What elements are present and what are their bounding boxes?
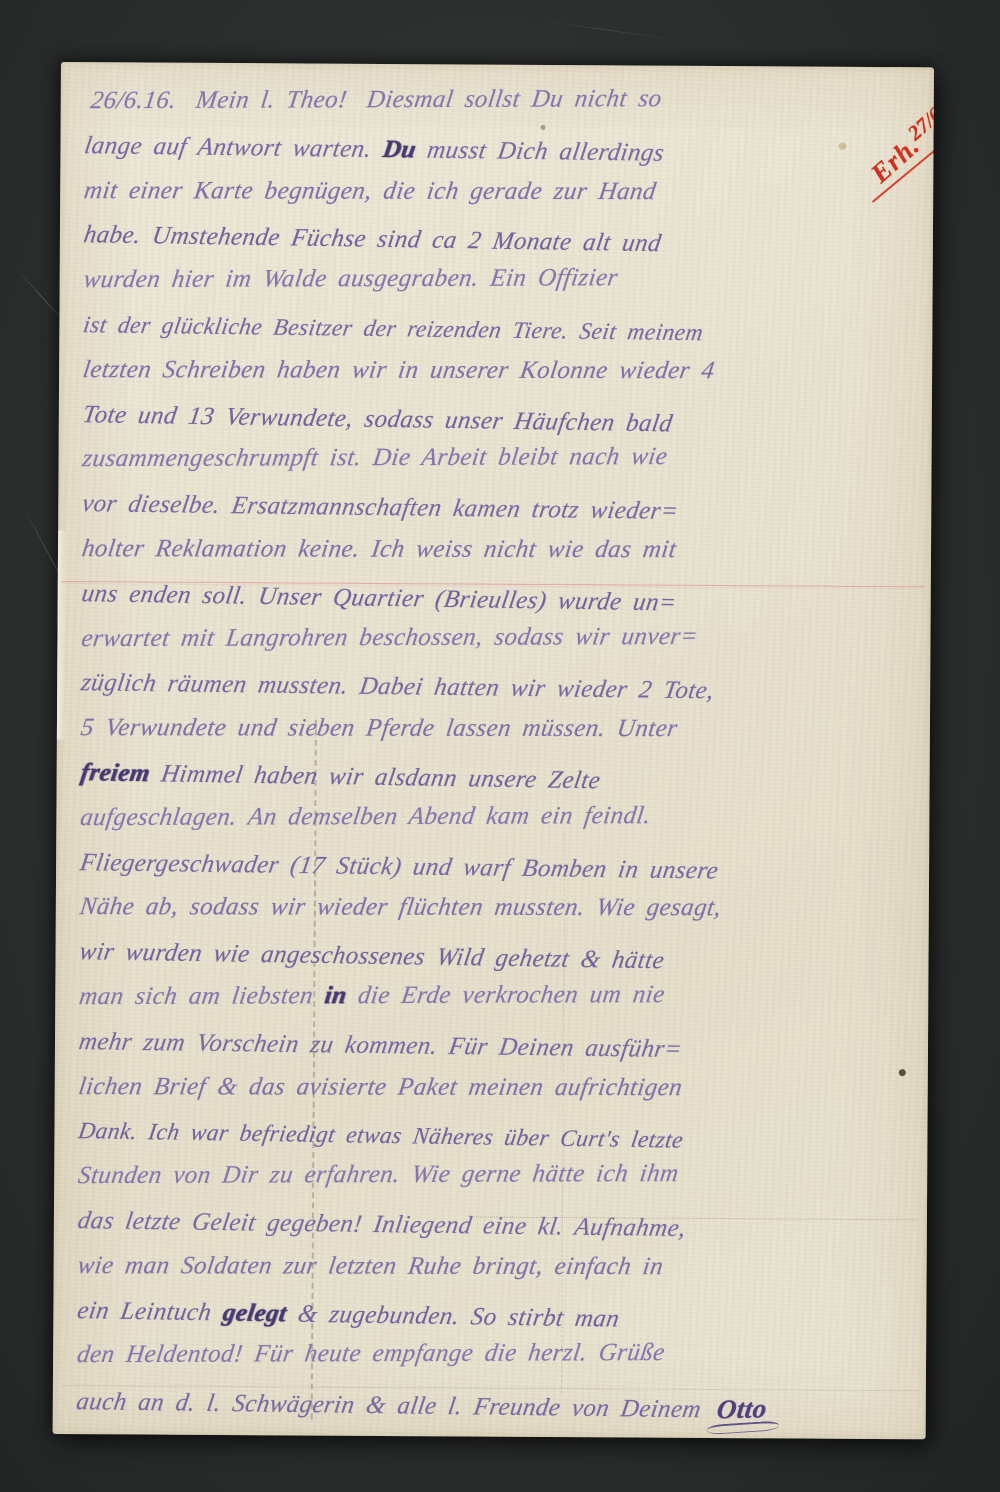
line-text: & zugebunden. So stirbt man bbox=[284, 1300, 621, 1332]
letter-line: 26/6.16.Mein l. Theo!Diesmal sollst Du n… bbox=[88, 76, 920, 124]
line-text: die Erde verkrochen um nie bbox=[345, 981, 667, 1009]
letter-line: zusammengeschrumpft ist. Die Arbeit blei… bbox=[80, 435, 918, 483]
line-text: uns enden soll. Unser Quartier (Brieulle… bbox=[80, 580, 679, 616]
letter-date: 26/6.16. bbox=[89, 87, 178, 114]
line-text: auch an d. l. Schwägerin & alle l. Freun… bbox=[75, 1388, 704, 1423]
letter-line: auch an d. l. Schwägerin & alle l. Freun… bbox=[73, 1378, 910, 1434]
line-text: 5 Verwundete und sieben Pferde lassen mü… bbox=[79, 714, 679, 742]
line-text: holter Reklamation keine. Ich weiss nich… bbox=[80, 535, 678, 563]
line-text: Dank. Ich war befriedigt etwas Näheres ü… bbox=[76, 1118, 685, 1153]
line-text: wurden hier im Walde ausgegraben. Ein Of… bbox=[82, 264, 620, 293]
letter-line: wurden hier im Walde ausgegraben. Ein Of… bbox=[81, 255, 919, 303]
letter-line: 5 Verwundete und sieben Pferde lassen mü… bbox=[78, 706, 916, 752]
line-text: zusammengeschrumpft ist. Die Arbeit blei… bbox=[81, 443, 669, 472]
letter-line: man sich am liebsten in die Erde verkroc… bbox=[76, 972, 914, 1020]
overwritten-word: gelegt bbox=[221, 1299, 289, 1327]
letter-line: Stunden von Dir zu erfahren. Wie gerne h… bbox=[75, 1151, 913, 1199]
line-text: wie man Soldaten zur letzten Ruhe bringt… bbox=[76, 1252, 665, 1280]
letter-line: wie man Soldaten zur letzten Ruhe bringt… bbox=[74, 1244, 912, 1290]
letter-body: 26/6.16.Mein l. Theo!Diesmal sollst Du n… bbox=[77, 79, 916, 1428]
line-text: Stunden von Dir zu erfahren. Wie gerne h… bbox=[76, 1160, 680, 1189]
line-text: wir wurden wie angeschossenes Wild gehet… bbox=[78, 938, 667, 974]
line-text: Nähe ab, sodass wir wieder flüchten muss… bbox=[78, 893, 723, 921]
line-text: musst Dich allerdings bbox=[414, 136, 666, 166]
line-text: ein Leintuch bbox=[75, 1297, 225, 1326]
line-text: Diesmal sollst Du nicht so bbox=[365, 85, 663, 113]
line-text: lichen Brief & das avisierte Paket meine… bbox=[77, 1073, 684, 1101]
overwritten-word: freiem bbox=[79, 759, 152, 787]
line-text: das letzte Geleit gegeben! Inliegend ein… bbox=[76, 1207, 688, 1242]
letter-salutation: Mein l. Theo! bbox=[194, 86, 348, 114]
photo-background: Erh.27/6 26/6.16.Mein l. Theo!Diesmal so… bbox=[0, 0, 1000, 1492]
line-text: Fliegergeschwader (17 Stück) und warf Bo… bbox=[78, 849, 720, 884]
line-text: Himmel haben wir alsdann unsere Zelte bbox=[148, 760, 603, 794]
line-text: aufgeschlagen. An demselben Abend kam ei… bbox=[79, 802, 653, 831]
line-text: mit einer Karte begnügen, die ich gerade… bbox=[82, 177, 658, 205]
overwritten-word: Du bbox=[381, 136, 418, 163]
signature: Otto bbox=[714, 1386, 769, 1432]
line-text: erwartet mit Langrohren beschossen, soda… bbox=[80, 623, 700, 652]
line-text: man sich am liebsten bbox=[78, 982, 327, 1010]
background-scratch bbox=[541, 20, 680, 40]
line-text: Tote und 13 Verwundete, sodass unser Häu… bbox=[81, 401, 675, 437]
line-text: habe. Umstehende Füchse sind ca 2 Monate… bbox=[82, 222, 663, 258]
paper-edge-wear bbox=[55, 530, 67, 740]
letter-line: holter Reklamation keine. Ich weiss nich… bbox=[79, 527, 917, 573]
line-text: vor dieselbe. Ersatzmannschaften kamen t… bbox=[80, 490, 680, 525]
letter-line: aufgeschlagen. An demselben Abend kam ei… bbox=[77, 793, 915, 841]
line-text: lange auf Antwort warten. bbox=[83, 132, 386, 163]
letter-line: erwartet mit Langrohren beschossen, soda… bbox=[78, 614, 916, 662]
line-text: ist der glückliche Besitzer der reizende… bbox=[81, 312, 705, 346]
letter-line: letzten Schreiben haben wir in unserer K… bbox=[80, 348, 918, 394]
letter-line: lichen Brief & das avisierte Paket meine… bbox=[76, 1065, 914, 1111]
letter-paper: Erh.27/6 26/6.16.Mein l. Theo!Diesmal so… bbox=[53, 62, 934, 1439]
line-text: letzten Schreiben haben wir in unserer K… bbox=[81, 356, 716, 384]
line-text: mehr zum Vorschein zu kommen. Für Deinen… bbox=[77, 1028, 684, 1063]
letter-line: Nähe ab, sodass wir wieder flüchten muss… bbox=[77, 885, 915, 931]
line-text: züglich räumen mussten. Dabei hatten wir… bbox=[79, 670, 716, 705]
line-text: den Heldentod! Für heute empfange die he… bbox=[75, 1339, 666, 1368]
signature-name: Otto bbox=[715, 1393, 768, 1424]
letter-line: den Heldentod! Für heute empfange die he… bbox=[74, 1331, 912, 1379]
letter-line: mit einer Karte begnügen, die ich gerade… bbox=[81, 169, 919, 215]
